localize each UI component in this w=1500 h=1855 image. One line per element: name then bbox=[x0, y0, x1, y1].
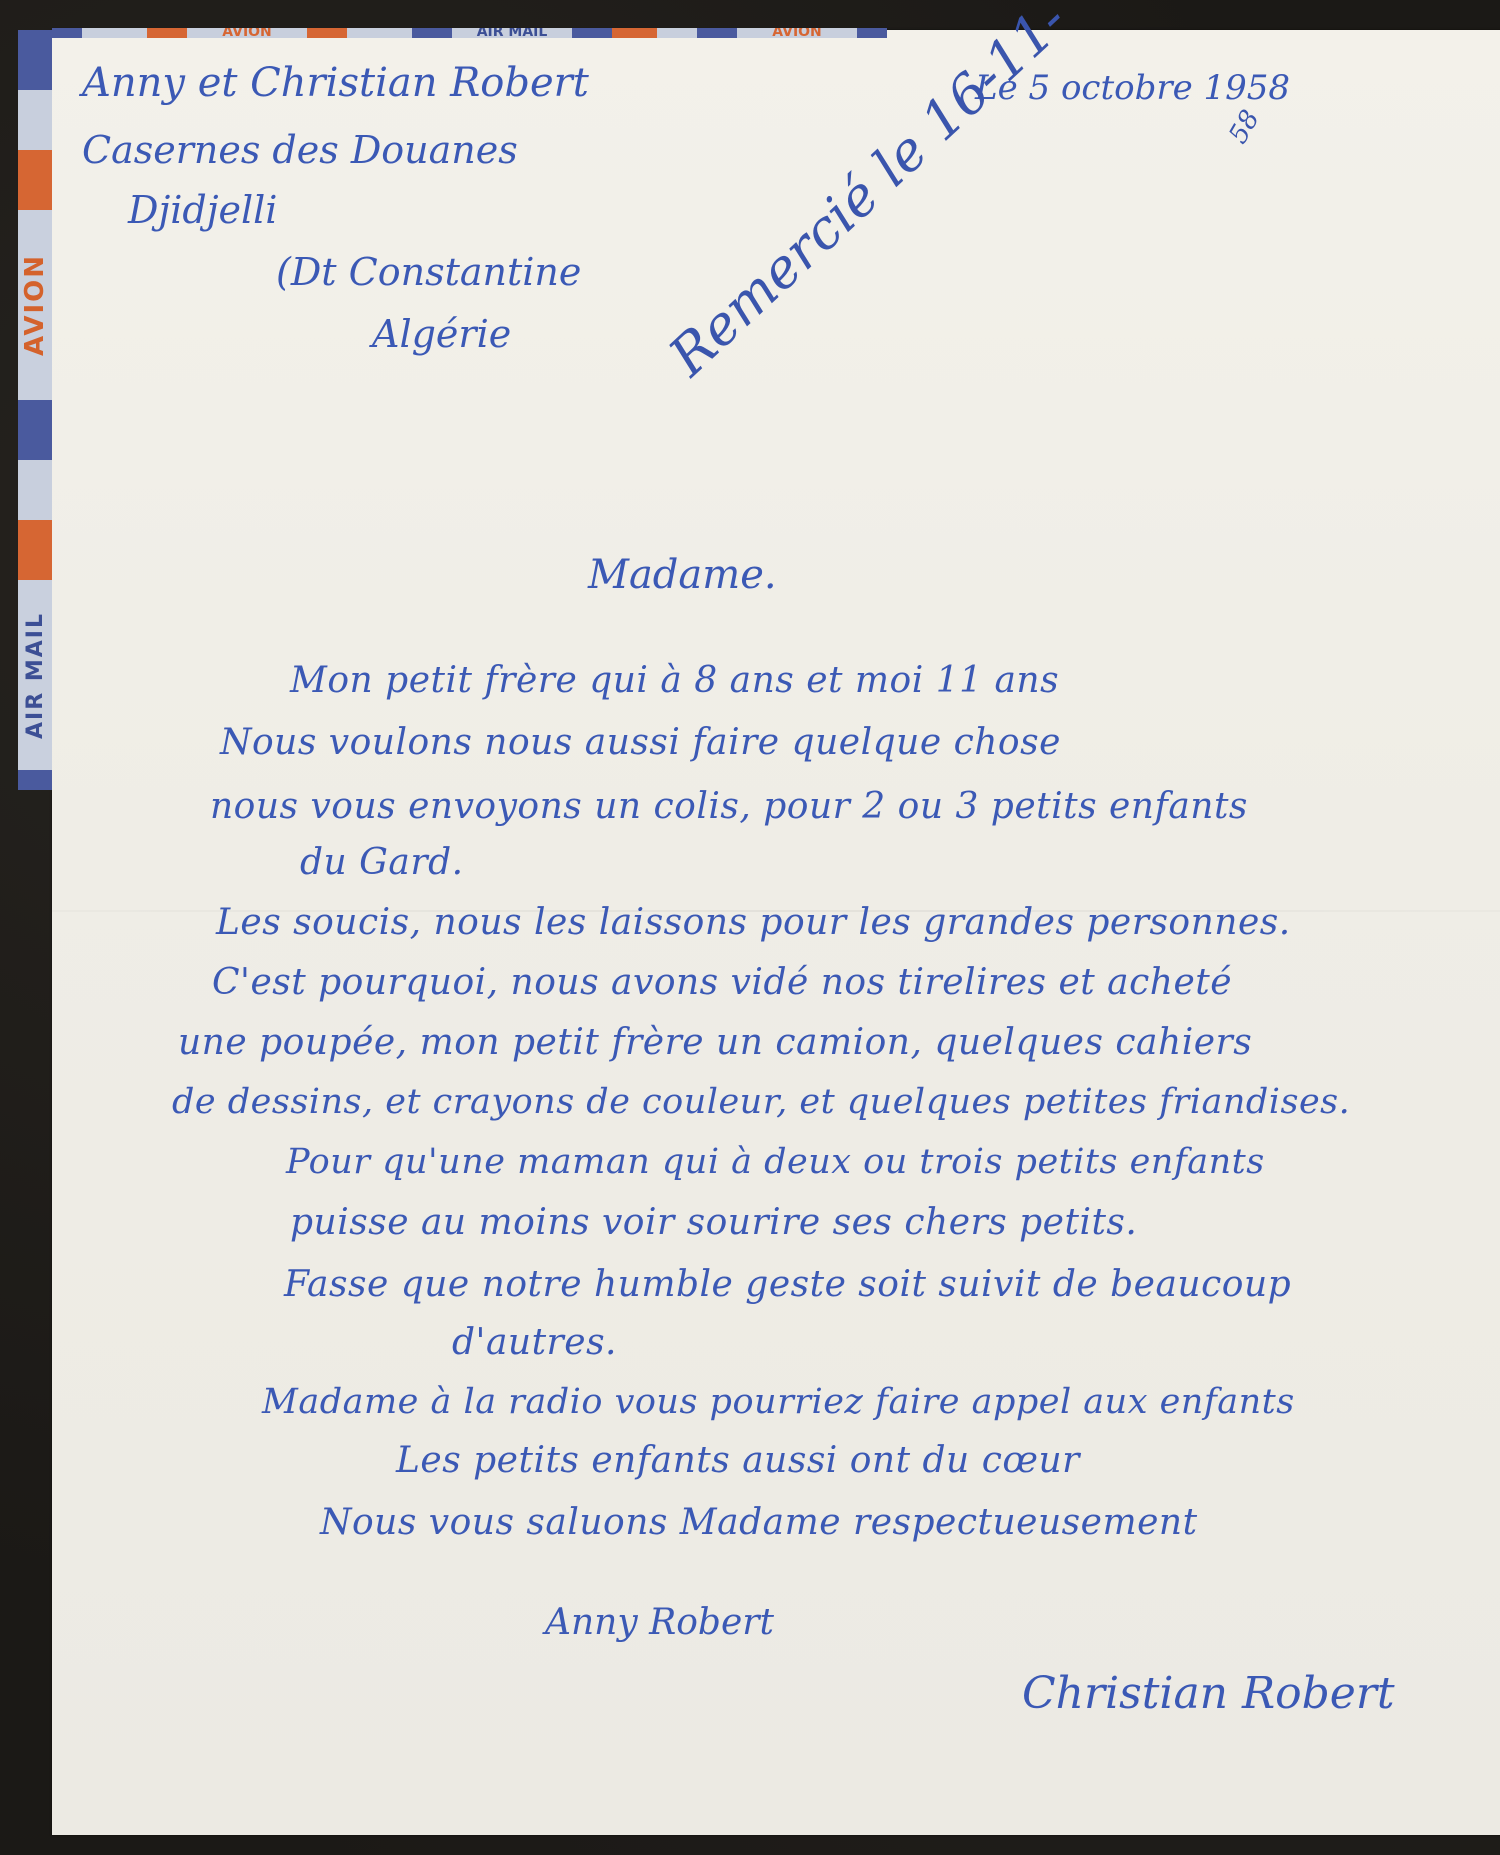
airmail-border-left: AVION AIR MAIL bbox=[18, 30, 52, 790]
sender-name: Anny et Christian Robert bbox=[82, 60, 589, 106]
body-line: de dessins, et crayons de couleur, et qu… bbox=[172, 1082, 1350, 1122]
body-line: Mon petit frère qui à 8 ans et moi 11 an… bbox=[290, 660, 1059, 701]
sender-address-department: (Dt Constantine bbox=[276, 250, 581, 294]
body-line: Nous vous saluons Madame respectueusemen… bbox=[320, 1502, 1198, 1543]
body-line: Fasse que notre humble geste soit suivit… bbox=[284, 1264, 1291, 1305]
airmail-label-air-mail: AIR MAIL bbox=[18, 580, 52, 770]
body-line: Madame à la radio vous pourriez faire ap… bbox=[262, 1382, 1295, 1422]
signature-anny: Anny Robert bbox=[545, 1602, 774, 1643]
airmail-top-label-avion-2: AVION bbox=[737, 28, 857, 38]
body-line: Nous voulons nous aussi faire quelque ch… bbox=[220, 722, 1061, 763]
body-line: d'autres. bbox=[452, 1322, 617, 1363]
body-line: Pour qu'une maman qui à deux ou trois pe… bbox=[286, 1142, 1265, 1182]
airmail-label-avion: AVION bbox=[18, 210, 52, 400]
airmail-top-label-air-mail: AIR MAIL bbox=[452, 28, 572, 38]
body-line: une poupée, mon petit frère un camion, q… bbox=[178, 1022, 1252, 1063]
airmail-border-top: AVION AIR MAIL AVION bbox=[52, 28, 997, 38]
salutation: Madame. bbox=[588, 552, 777, 598]
sender-address-town: Djidjelli bbox=[128, 188, 277, 232]
body-line: du Gard. bbox=[300, 842, 464, 883]
body-line: C'est pourquoi, nous avons vidé nos tire… bbox=[212, 962, 1232, 1003]
body-line: Les soucis, nous les laissons pour les g… bbox=[216, 902, 1291, 943]
sender-address-country: Algérie bbox=[372, 312, 511, 356]
signature-christian: Christian Robert bbox=[1022, 1668, 1395, 1719]
body-line: puisse au moins voir sourire ses chers p… bbox=[290, 1202, 1137, 1243]
body-line: Les petits enfants aussi ont du cœur bbox=[396, 1440, 1080, 1481]
sender-address-barracks: Casernes des Douanes bbox=[82, 128, 518, 172]
airmail-top-label-avion: AVION bbox=[187, 28, 307, 38]
body-line: nous vous envoyons un colis, pour 2 ou 3… bbox=[210, 786, 1248, 827]
